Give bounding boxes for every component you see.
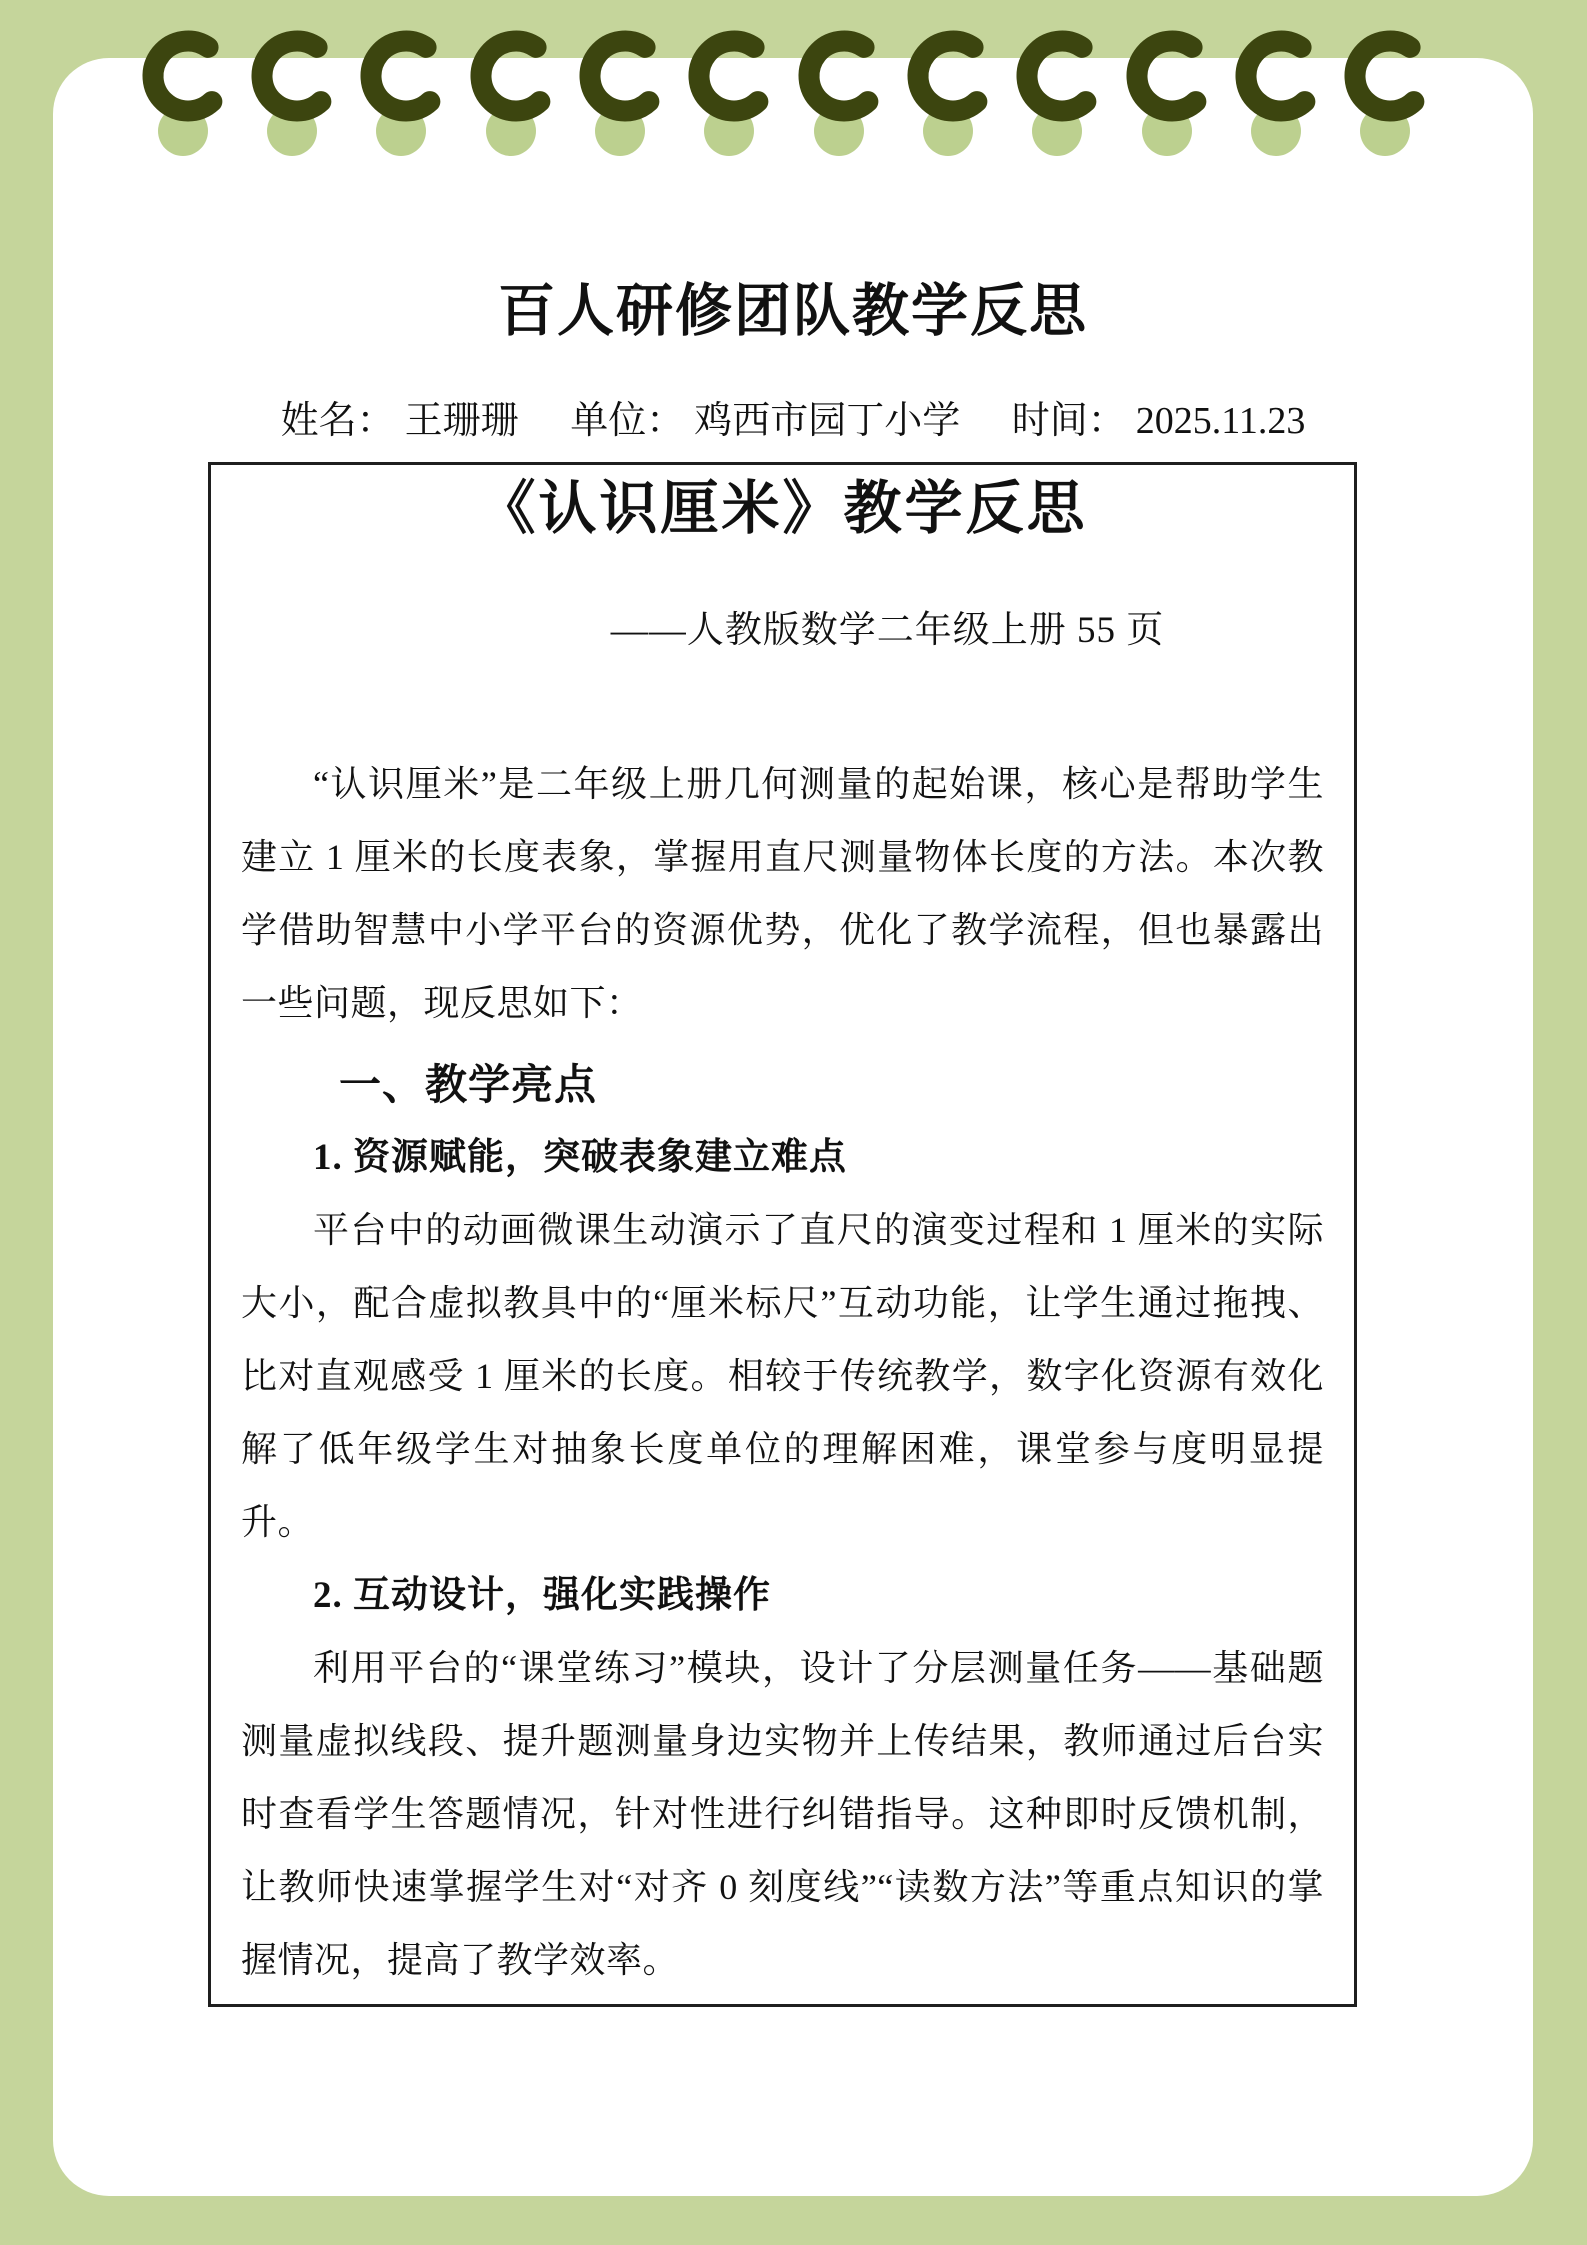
notebook-background: 百人研修团队教学反思 姓名：王珊珊 单位：鸡西市园丁小学 时间：2025.11.…	[0, 0, 1587, 2245]
document-title: 《认识厘米》教学反思	[241, 475, 1324, 542]
author-meta-line: 姓名：王珊珊 单位：鸡西市园丁小学 时间：2025.11.23	[53, 394, 1533, 448]
paragraph-interactive-design: 利用平台的“课堂练习”模块，设计了分层测量任务——基础题测量虚拟线段、提升题测量…	[241, 1632, 1324, 1997]
paragraph-resource-empowerment: 平台中的动画微课生动演示了直尺的演变过程和 1 厘米的实际大小，配合虚拟教具中的…	[241, 1194, 1324, 1559]
paragraph-intro: “认识厘米”是二年级上册几何测量的起始课，核心是帮助学生建立 1 厘米的长度表象…	[241, 748, 1324, 1040]
meta-time-value: 2025.11.23	[1136, 400, 1306, 442]
reflection-document-box: 《认识厘米》教学反思 ——人教版数学二年级上册 55 页 “认识厘米”是二年级上…	[208, 462, 1357, 2007]
meta-unit-value: 鸡西市园丁小学	[694, 400, 960, 442]
subheading-resource-empowerment: 1. 资源赋能，突破表象建立难点	[241, 1121, 1324, 1194]
meta-unit-label: 单位：	[570, 400, 684, 442]
meta-name-value: 王珊珊	[405, 400, 519, 442]
meta-unit: 单位：鸡西市园丁小学	[570, 400, 960, 442]
meta-name: 姓名：王珊珊	[281, 400, 519, 442]
section-heading-teaching-highlights: 一、教学亮点	[241, 1048, 1324, 1121]
page-title: 百人研修团队教学反思	[53, 278, 1533, 346]
notebook-paper: 百人研修团队教学反思 姓名：王珊珊 单位：鸡西市园丁小学 时间：2025.11.…	[53, 58, 1533, 2196]
meta-time: 时间：2025.11.23	[1012, 400, 1306, 442]
meta-time-label: 时间：	[1012, 400, 1126, 442]
spiral-binding	[0, 0, 1587, 180]
meta-name-label: 姓名：	[281, 400, 395, 442]
document-subtitle: ——人教版数学二年级上册 55 页	[346, 606, 1357, 656]
subheading-interactive-design: 2. 互动设计，强化实践操作	[241, 1559, 1324, 1632]
